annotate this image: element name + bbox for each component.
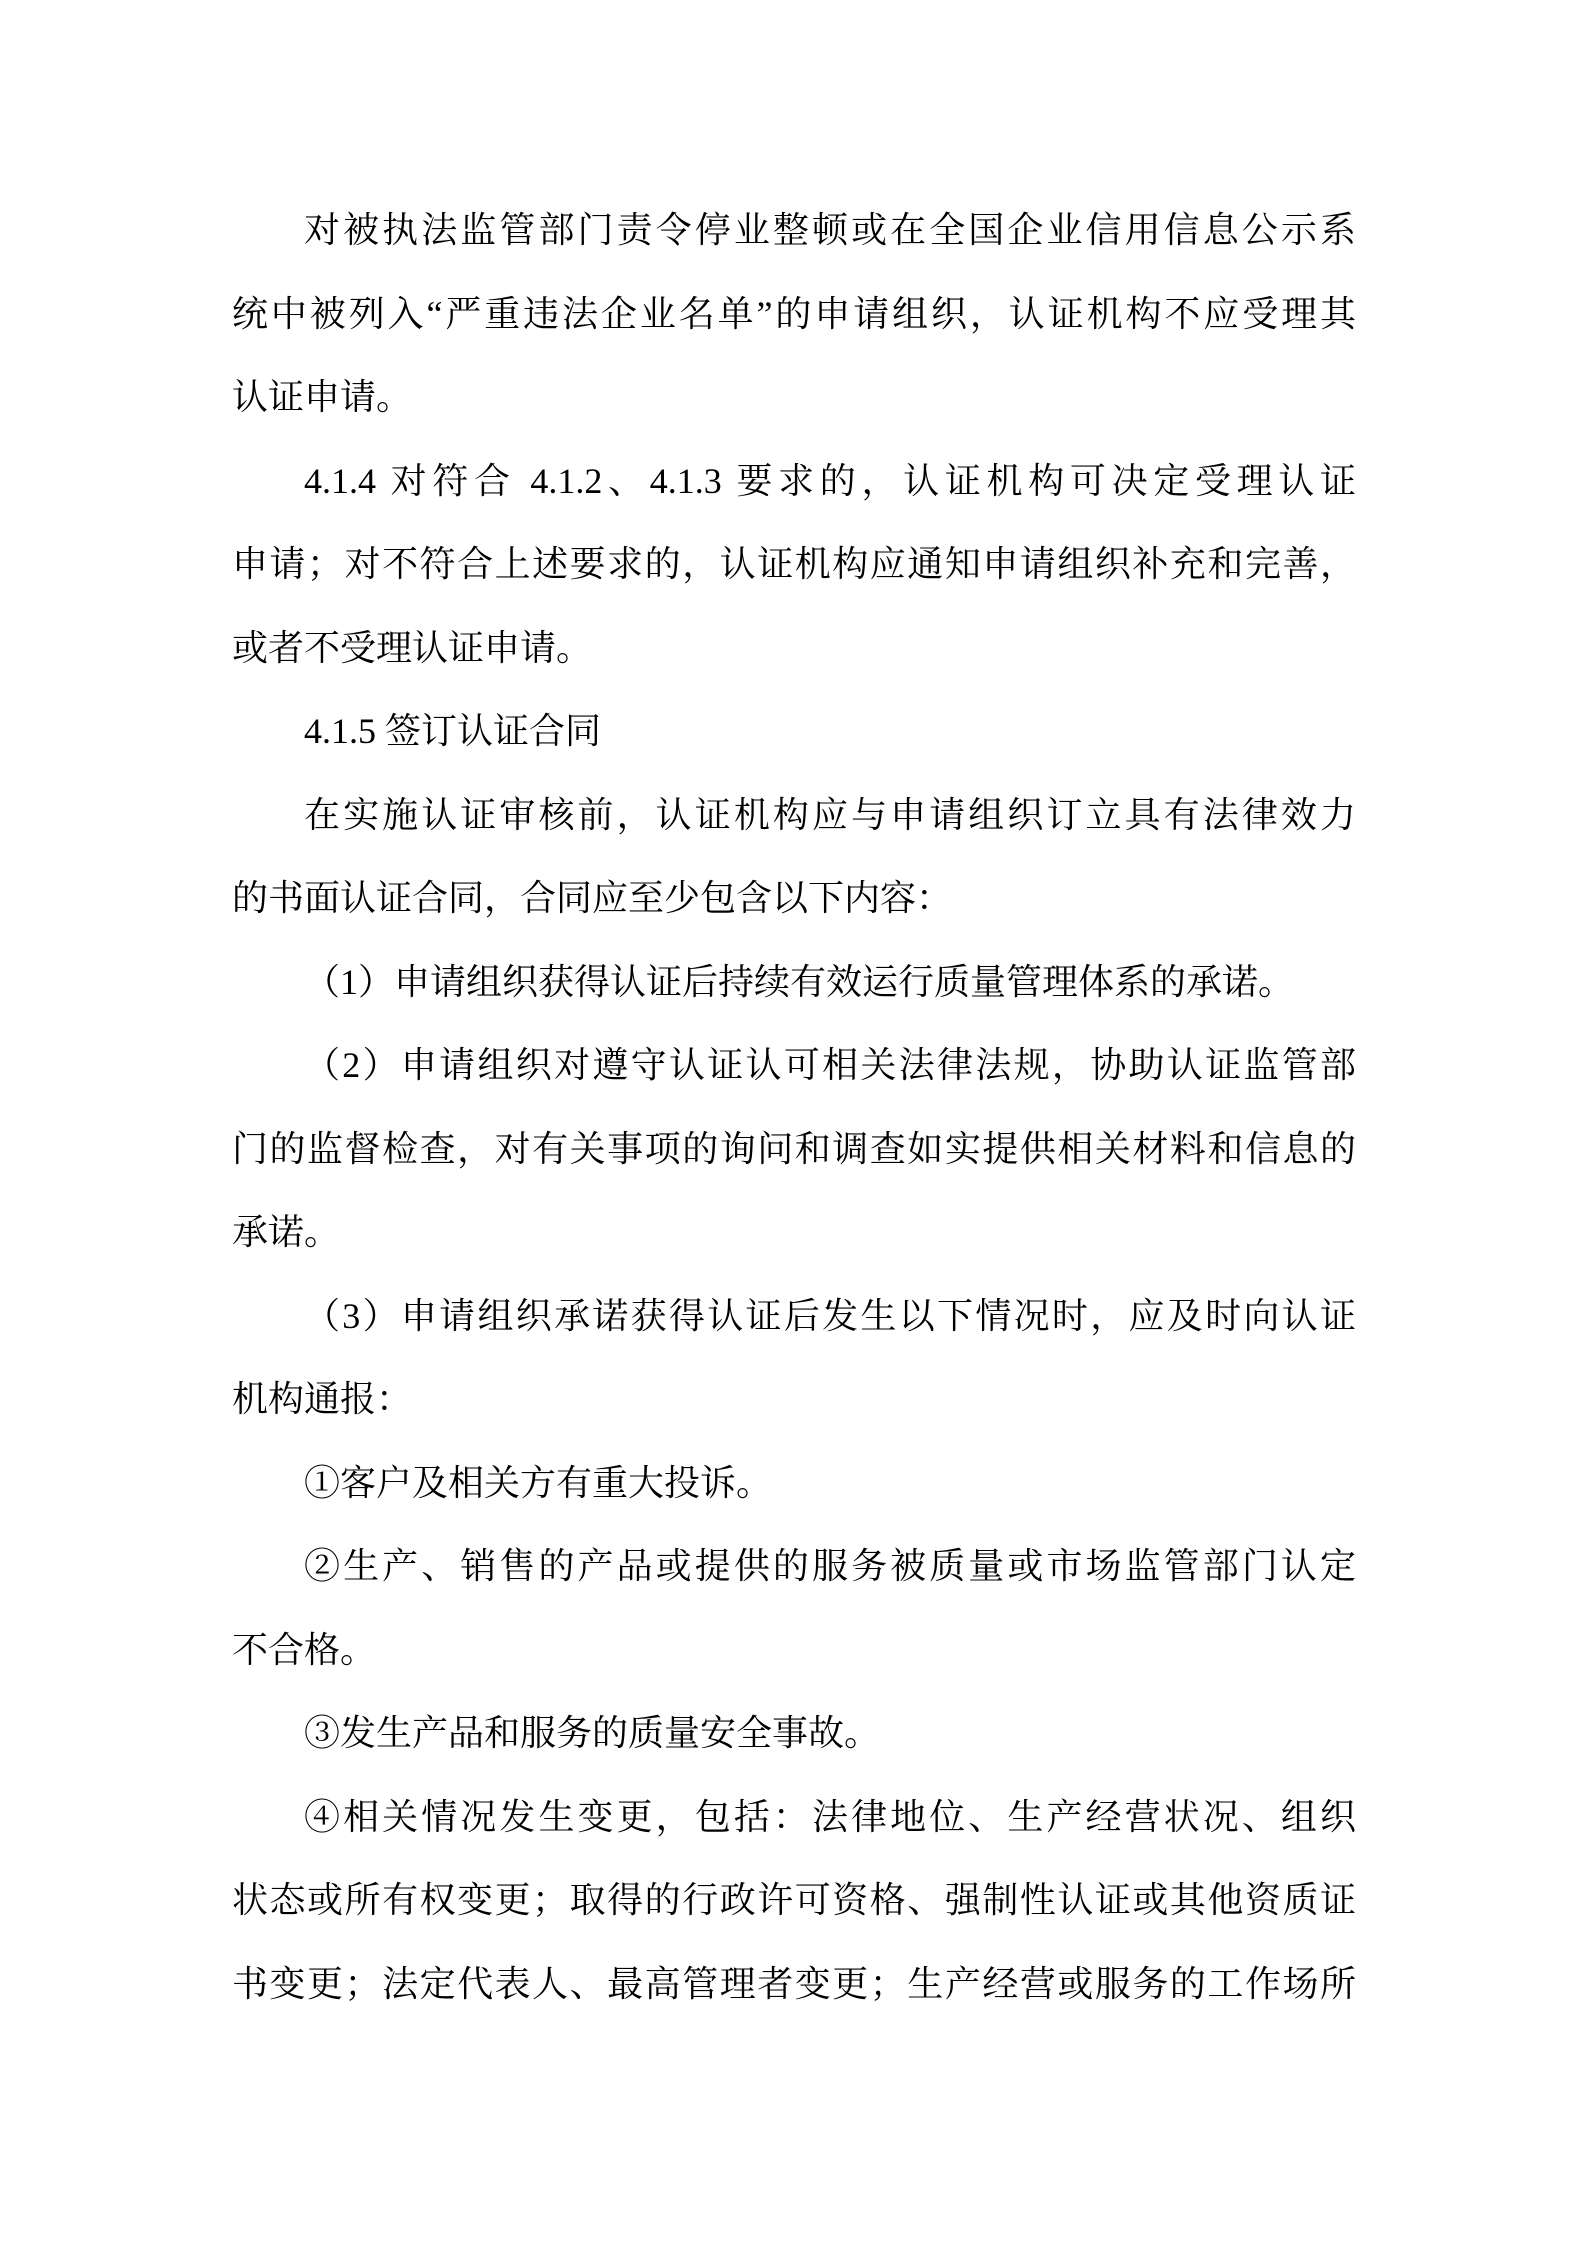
text-line: （1）申请组织获得认证后持续有效运行质量管理体系的承诺。 <box>232 941 1356 1025</box>
text-line: 4.1.4 对符合 4.1.2、4.1.3 要求的，认证机构可决定受理认证 <box>232 440 1356 524</box>
text-line: 统中被列入“严重违法企业名单”的申请组织，认证机构不应受理其 <box>232 273 1356 357</box>
paragraph: ②生产、销售的产品或提供的服务被质量或市场监管部门认定不合格。 <box>232 1525 1356 1692</box>
text-line: 不合格。 <box>232 1609 1356 1693</box>
document-page: 对被执法监管部门责令停业整顿或在全国企业信用信息公示系统中被列入“严重违法企业名… <box>0 0 1587 2245</box>
text-line: 4.1.5 签订认证合同 <box>232 690 1356 774</box>
text-line: ①客户及相关方有重大投诉。 <box>232 1442 1356 1526</box>
text-line: 在实施认证审核前，认证机构应与申请组织订立具有法律效力 <box>232 774 1356 858</box>
text-line: ②生产、销售的产品或提供的服务被质量或市场监管部门认定 <box>232 1525 1356 1609</box>
paragraph: （3）申请组织承诺获得认证后发生以下情况时，应及时向认证机构通报： <box>232 1275 1356 1442</box>
paragraph: ④相关情况发生变更，包括：法律地位、生产经营状况、组织状态或所有权变更；取得的行… <box>232 1776 1356 2027</box>
paragraph: 在实施认证审核前，认证机构应与申请组织订立具有法律效力的书面认证合同，合同应至少… <box>232 774 1356 941</box>
text-line: 对被执法监管部门责令停业整顿或在全国企业信用信息公示系 <box>232 189 1356 273</box>
paragraph: ③发生产品和服务的质量安全事故。 <box>232 1692 1356 1776</box>
paragraph: （1）申请组织获得认证后持续有效运行质量管理体系的承诺。 <box>232 941 1356 1025</box>
text-line: ④相关情况发生变更，包括：法律地位、生产经营状况、组织 <box>232 1776 1356 1860</box>
text-line: （2）申请组织对遵守认证认可相关法律法规，协助认证监管部 <box>232 1024 1356 1108</box>
paragraph: 4.1.4 对符合 4.1.2、4.1.3 要求的，认证机构可决定受理认证申请；… <box>232 440 1356 691</box>
text-line: 书变更；法定代表人、最高管理者变更；生产经营或服务的工作场所 <box>232 1943 1356 2027</box>
text-line: 承诺。 <box>232 1191 1356 1275</box>
text-line: 门的监督检查，对有关事项的询问和调查如实提供相关材料和信息的 <box>232 1108 1356 1192</box>
text-line: 或者不受理认证申请。 <box>232 607 1356 691</box>
paragraph: ①客户及相关方有重大投诉。 <box>232 1442 1356 1526</box>
text-line: 的书面认证合同，合同应至少包含以下内容： <box>232 857 1356 941</box>
paragraph: 4.1.5 签订认证合同 <box>232 690 1356 774</box>
text-line: 认证申请。 <box>232 356 1356 440</box>
text-line: 状态或所有权变更；取得的行政许可资格、强制性认证或其他资质证 <box>232 1859 1356 1943</box>
text-line: ③发生产品和服务的质量安全事故。 <box>232 1692 1356 1776</box>
paragraph: （2）申请组织对遵守认证认可相关法律法规，协助认证监管部门的监督检查，对有关事项… <box>232 1024 1356 1275</box>
text-line: 申请；对不符合上述要求的，认证机构应通知申请组织补充和完善， <box>232 523 1356 607</box>
document-body: 对被执法监管部门责令停业整顿或在全国企业信用信息公示系统中被列入“严重违法企业名… <box>232 189 1356 2026</box>
text-line: 机构通报： <box>232 1358 1356 1442</box>
paragraph: 对被执法监管部门责令停业整顿或在全国企业信用信息公示系统中被列入“严重违法企业名… <box>232 189 1356 440</box>
text-line: （3）申请组织承诺获得认证后发生以下情况时，应及时向认证 <box>232 1275 1356 1359</box>
